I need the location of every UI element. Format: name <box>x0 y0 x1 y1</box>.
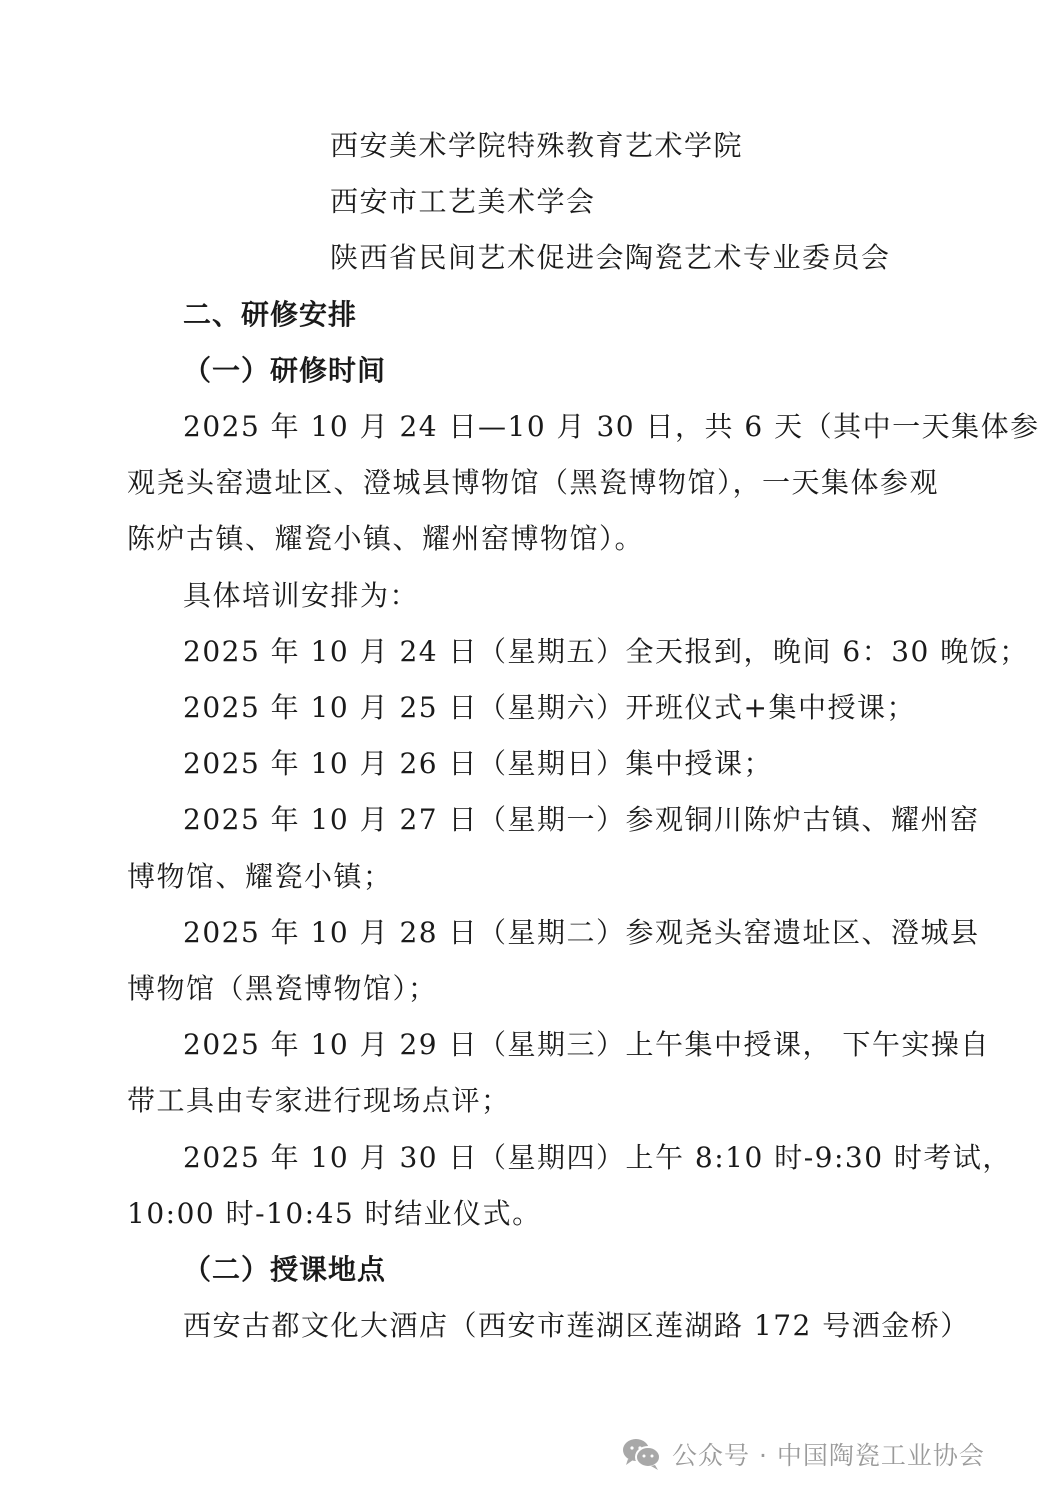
schedule-item-cont: 博物馆（黑瓷博物馆）； <box>127 971 438 1007</box>
schedule-item: 2025 年 10 月 24 日（星期五）全天报到，晚间 6：30 晚饭； <box>183 634 1029 670</box>
schedule-item: 2025 年 10 月 30 日（星期四）上午 8:10 时-9:30 时考试， <box>183 1140 1012 1176</box>
subsection-heading-time: （一）研修时间 <box>183 353 386 389</box>
schedule-item-cont: 带工具由专家进行现场点评； <box>127 1083 511 1119</box>
schedule-label: 具体培训安排为： <box>183 578 419 614</box>
intro-line-3: 陈炉古镇、耀瓷小镇、耀州窑博物馆）。 <box>127 521 644 557</box>
schedule-item-cont: 博物馆、耀瓷小镇； <box>127 859 393 895</box>
location-text: 西安古都文化大酒店（西安市莲湖区莲湖路 172 号洒金桥） <box>183 1308 970 1344</box>
schedule-item: 2025 年 10 月 29 日（星期三）上午集中授课， 下午实操自 <box>183 1027 990 1063</box>
schedule-item-cont: 10:00 时-10:45 时结业仪式。 <box>127 1196 542 1232</box>
subsection-heading-location: （二）授课地点 <box>183 1252 386 1288</box>
intro-line-1: 2025 年 10 月 24 日—10 月 30 日，共 6 天（其中一天集体参 <box>183 409 1040 445</box>
wechat-icon <box>622 1437 662 1471</box>
schedule-item: 2025 年 10 月 27 日（星期一）参观铜川陈炉古镇、耀州窑 <box>183 802 980 838</box>
intro-line-2: 观尧头窑遗址区、澄城县博物馆（黑瓷博物馆），一天集体参观 <box>127 465 939 501</box>
watermark: 公众号 · 中国陶瓷工业协会 <box>622 1436 985 1472</box>
schedule-item: 2025 年 10 月 28 日（星期二）参观尧头窑遗址区、澄城县 <box>183 915 980 951</box>
schedule-item: 2025 年 10 月 25 日（星期六）开班仪式+集中授课； <box>183 690 916 726</box>
schedule-item: 2025 年 10 月 26 日（星期日）集中授课； <box>183 746 773 782</box>
section-heading: 二、研修安排 <box>183 297 357 333</box>
organizer-2: 西安市工艺美术学会 <box>330 184 596 220</box>
watermark-text: 公众号 · 中国陶瓷工业协会 <box>672 1436 985 1472</box>
organizer-1: 西安美术学院特殊教育艺术学院 <box>330 128 743 164</box>
organizer-3: 陕西省民间艺术促进会陶瓷艺术专业委员会 <box>330 240 891 276</box>
